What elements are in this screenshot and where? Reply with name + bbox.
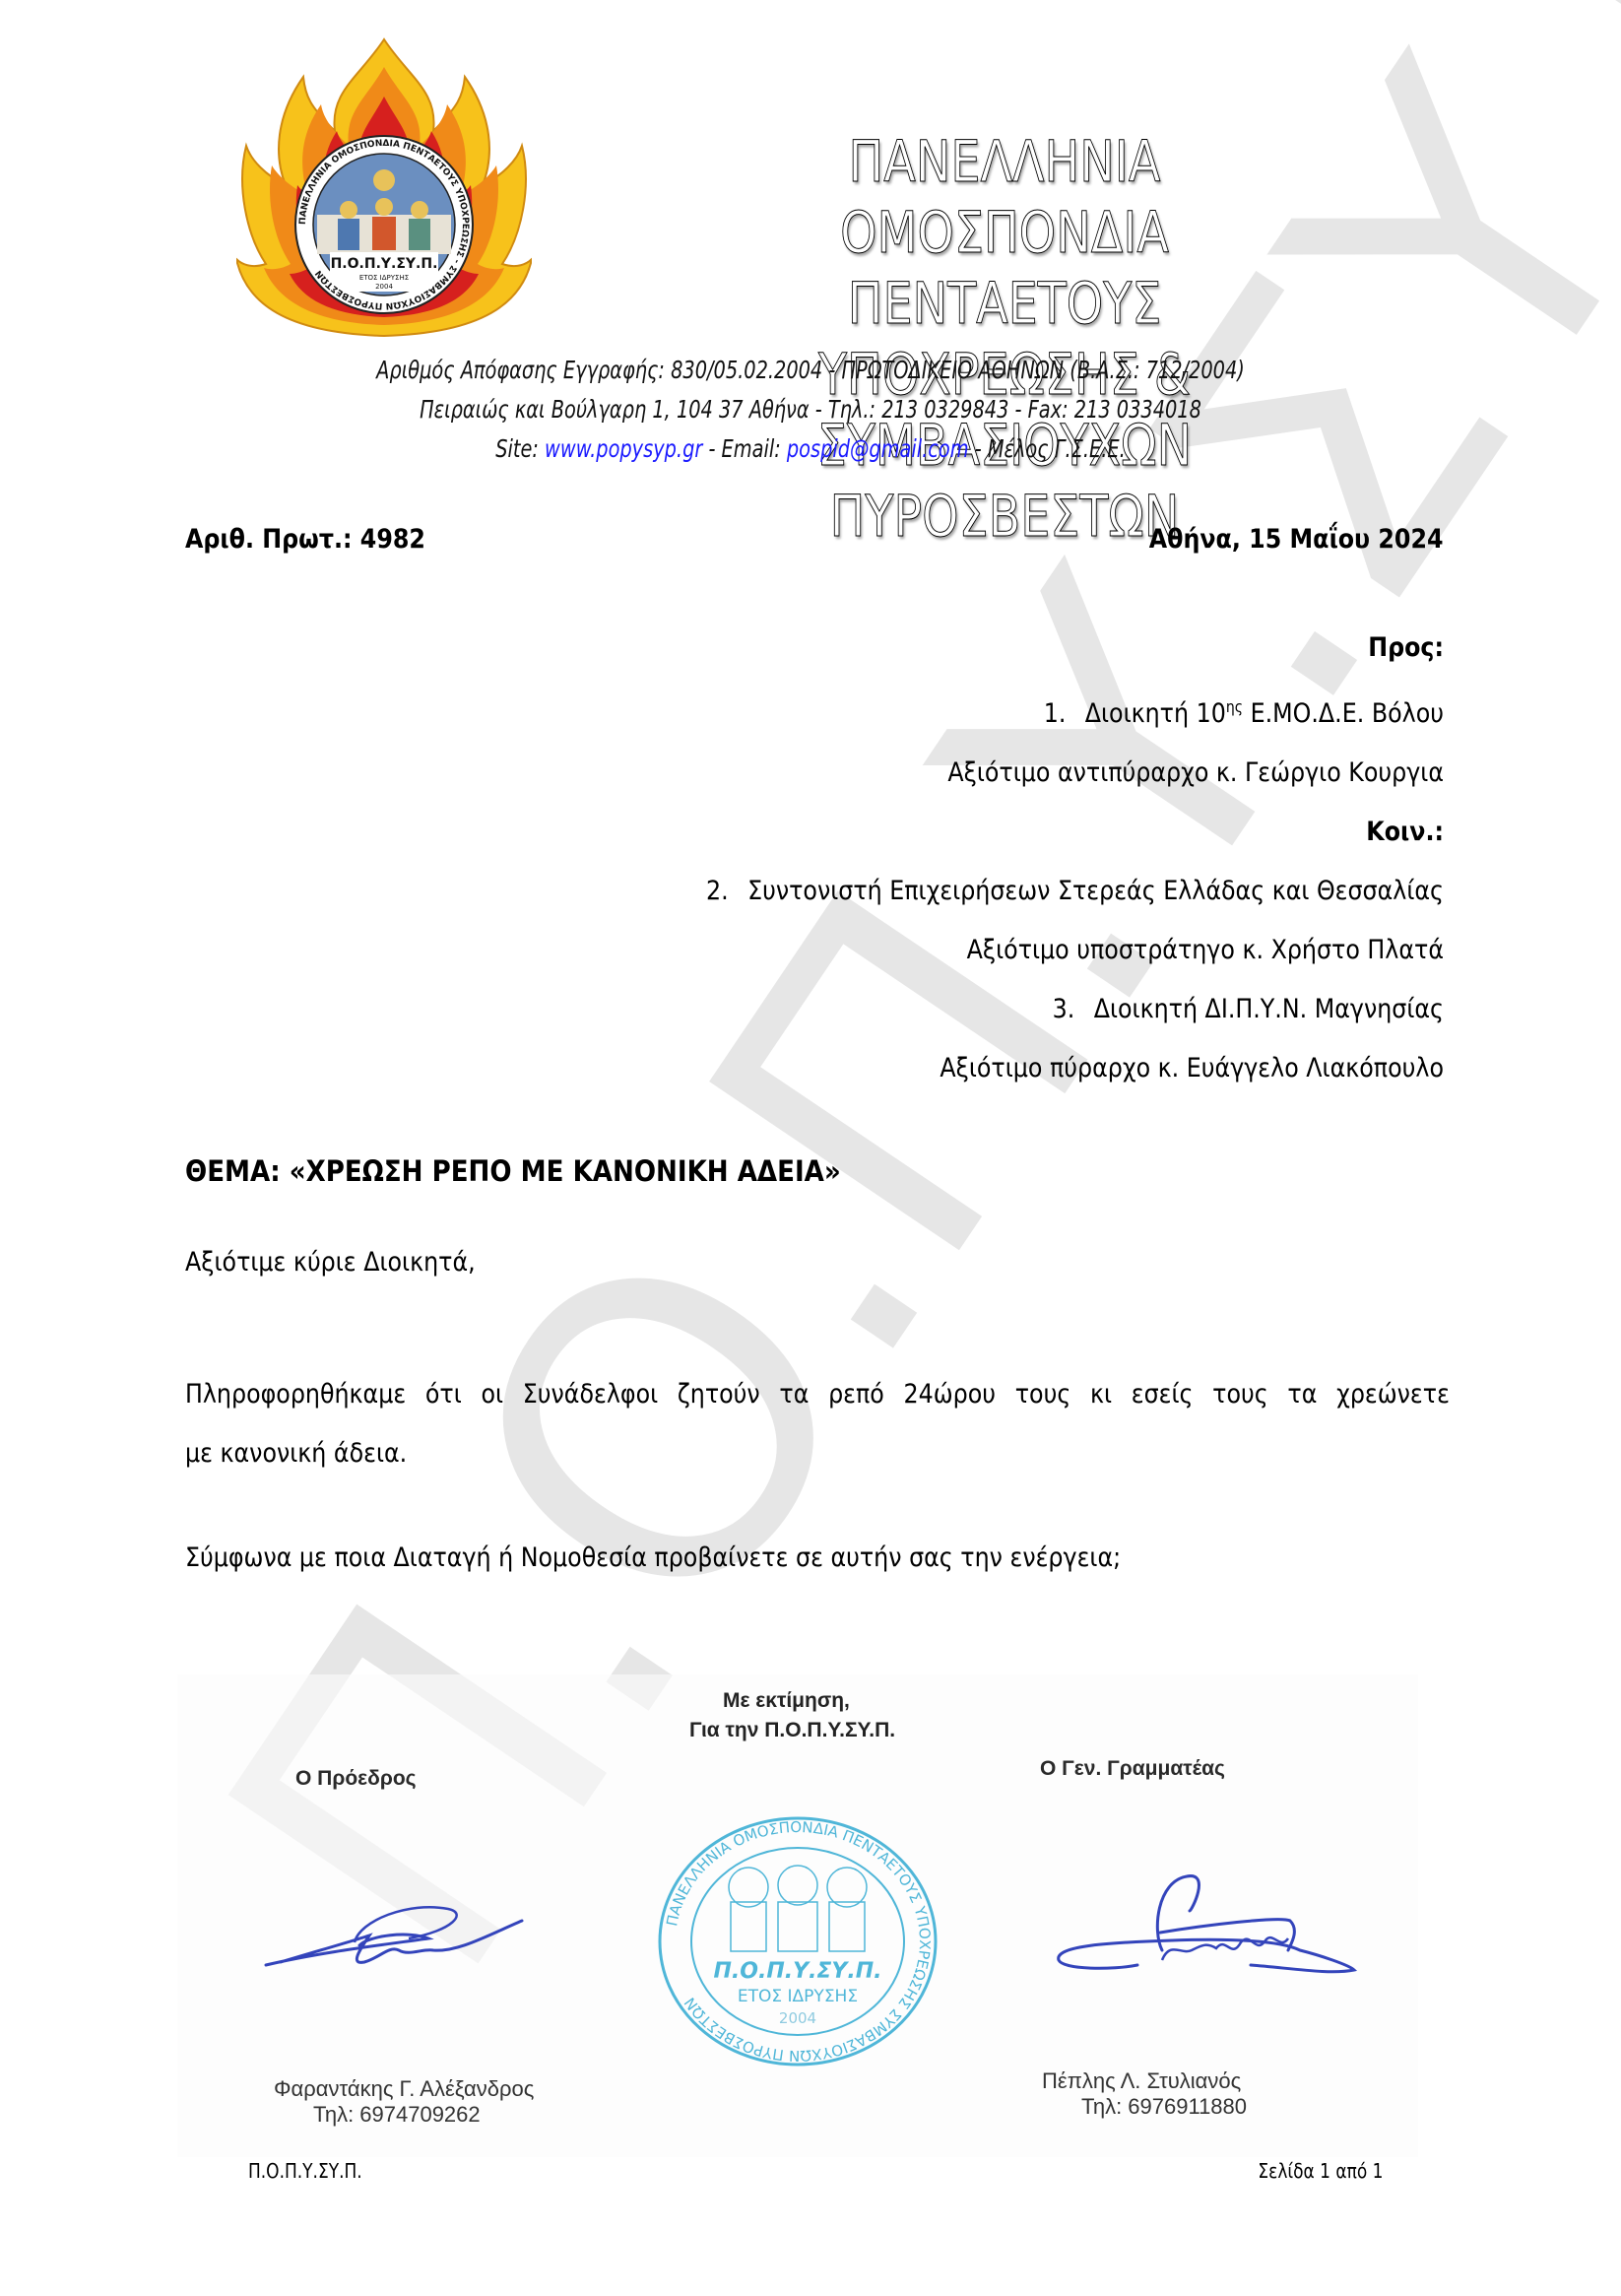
paragraph-line: Πληροφορηθήκαμε ότι οι Συνάδελφοι ζητούν… bbox=[185, 1365, 1450, 1424]
paragraph-line: με κανονική άδεια. bbox=[185, 1424, 1298, 1483]
svg-text:ΕΤΟΣ ΙΔΡΥΣΗΣ: ΕΤΟΣ ΙΔΡΥΣΗΣ bbox=[738, 1987, 858, 2006]
recipients-block: Προς: 1.Διοικητή 10ης Ε.ΜΟ.Δ.Ε. Βόλου Αξ… bbox=[262, 619, 1444, 1098]
registration-line: Αριθμός Απόφασης Εγγραφής: 830/05.02.200… bbox=[113, 351, 1508, 390]
recipient-title: 2.Συντονιστή Επιχειρήσεων Στερεάς Ελλάδα… bbox=[404, 862, 1444, 921]
secretary-role: Ο Γεν. Γραμματέας bbox=[1040, 1757, 1225, 1781]
membership-text: - Μέλος Γ.Σ.Ε.Ε. bbox=[969, 434, 1126, 463]
closing-org: Για την Π.Ο.Π.Υ.ΣΥ.Π. bbox=[689, 1716, 895, 1745]
svg-text:2004: 2004 bbox=[375, 283, 393, 291]
footer-org: Π.Ο.Π.Υ.ΣΥ.Π. bbox=[248, 2159, 362, 2183]
recipient-title: 3.Διοικητή ΔΙ.Π.Υ.Ν. Μαγνησίας bbox=[404, 980, 1444, 1039]
subject-line: ΘΕΜΑ: «ΧΡΕΩΣΗ ΡΕΠΟ ΜΕ ΚΑΝΟΝΙΚΗ ΑΔΕΙΑ» bbox=[185, 1154, 841, 1188]
recipient-title: 1.Διοικητή 10ης Ε.ΜΟ.Δ.Ε. Βόλου bbox=[404, 678, 1444, 744]
to-label: Προς: bbox=[404, 619, 1444, 678]
contact-line: Site: www.popysyp.gr - Email: pospid@gma… bbox=[113, 429, 1508, 469]
president-signature bbox=[261, 1891, 537, 1980]
website-link[interactable]: www.popysyp.gr bbox=[545, 434, 702, 463]
organization-name: ΠΑΝΕΛΛΗΝΙΑ ΟΜΟΣΠΟΝΔΙΑ ΠΕΝΤΑΕΤΟΥΣ ΥΠΟΧΡΕΩ… bbox=[620, 126, 1389, 552]
president-name: Φαραντάκης Γ. Αλέξανδρος bbox=[274, 2076, 534, 2102]
body-paragraph: Πληροφορηθήκαμε ότι οι Συνάδελφοι ζητούν… bbox=[185, 1365, 1450, 1483]
president-signer: Φαραντάκης Γ. Αλέξανδρος Τηλ: 6974709262 bbox=[274, 2076, 534, 2128]
org-name-line: ΠΑΝΕΛΛΗΝΙΑ ΟΜΟΣΠΟΝΔΙΑ bbox=[689, 126, 1320, 268]
salutation: Αξιότιμε κύριε Διοικητά, bbox=[185, 1247, 476, 1278]
letterhead-details: Αριθμός Απόφασης Εγγραφής: 830/05.02.200… bbox=[0, 351, 1621, 469]
president-phone: Τηλ: 6974709262 bbox=[274, 2102, 534, 2128]
secretary-signer: Πέπλης Λ. Στυλιανός Τηλ: 6976911880 bbox=[1042, 2068, 1247, 2120]
body-paragraph: Σύμφωνα με ποια Διαταγή ή Νομοθεσία προβ… bbox=[185, 1542, 1121, 1573]
svg-text:ΕΤΟΣ ΙΔΡΥΣΗΣ: ΕΤΟΣ ΙΔΡΥΣΗΣ bbox=[359, 274, 409, 282]
closing-regards: Με εκτίμηση, bbox=[689, 1686, 895, 1716]
secretary-phone: Τηλ: 6976911880 bbox=[1042, 2094, 1247, 2120]
svg-text:ΠΑΝΕΛΛΗΝΙΑ ΟΜΟΣΠΟΝΔΙΑ ΠΕΝΤΑΕΤΟ: ΠΑΝΕΛΛΗΝΙΑ ΟΜΟΣΠΟΝΔΙΑ ΠΕΝΤΑΕΤΟΥΣ ΥΠΟΧΡΕΩ… bbox=[663, 1818, 934, 2065]
president-role: Ο Πρόεδρος bbox=[295, 1767, 417, 1791]
email-link[interactable]: pospid@gmail.com bbox=[787, 434, 969, 463]
recipient-addressee: Αξιότιμο υποστράτηγο κ. Χρήστο Πλατά bbox=[404, 921, 1444, 980]
place-date: Αθήνα, 15 Μαΐου 2024 bbox=[1149, 524, 1444, 555]
closing: Με εκτίμηση, Για την Π.Ο.Π.Υ.ΣΥ.Π. bbox=[689, 1686, 895, 1745]
site-label: Site: bbox=[495, 434, 545, 463]
secretary-signature bbox=[1054, 1871, 1359, 2009]
svg-text:Π.Ο.Π.Υ.ΣΥ.Π.: Π.Ο.Π.Υ.ΣΥ.Π. bbox=[714, 1959, 882, 1984]
page-number: Σελίδα 1 από 1 bbox=[1258, 2159, 1383, 2183]
recipient-addressee: Αξιότιμο πύραρχο κ. Ευάγγελο Λιακόπουλο bbox=[404, 1039, 1444, 1098]
recipient-addressee: Αξιότιμο αντιπύραρχο κ. Γεώργιο Κουργια bbox=[404, 744, 1444, 803]
protocol-number: Αριθ. Πρωτ.: 4982 bbox=[185, 524, 425, 555]
address-line: Πειραιώς και Βούλγαρη 1, 104 37 Αθήνα - … bbox=[113, 390, 1508, 429]
secretary-name: Πέπλης Λ. Στυλιανός bbox=[1042, 2068, 1247, 2094]
email-label: - Email: bbox=[702, 434, 787, 463]
cc-label: Κοιν.: bbox=[404, 803, 1444, 862]
organization-stamp: ΠΑΝΕΛΛΗΝΙΑ ΟΜΟΣΠΟΝΔΙΑ ΠΕΝΤΑΕΤΟΥΣ ΥΠΟΧΡΕΩ… bbox=[650, 1808, 945, 2074]
federation-logo: Π.Ο.Π.Υ.ΣΥ.Π. ΕΤΟΣ ΙΔΡΥΣΗΣ 2004 ΠΑΝΕΛΛΗΝ… bbox=[236, 37, 532, 338]
svg-text:Π.Ο.Π.Υ.ΣΥ.Π.: Π.Ο.Π.Υ.ΣΥ.Π. bbox=[331, 256, 438, 272]
svg-text:2004: 2004 bbox=[779, 2009, 816, 2027]
